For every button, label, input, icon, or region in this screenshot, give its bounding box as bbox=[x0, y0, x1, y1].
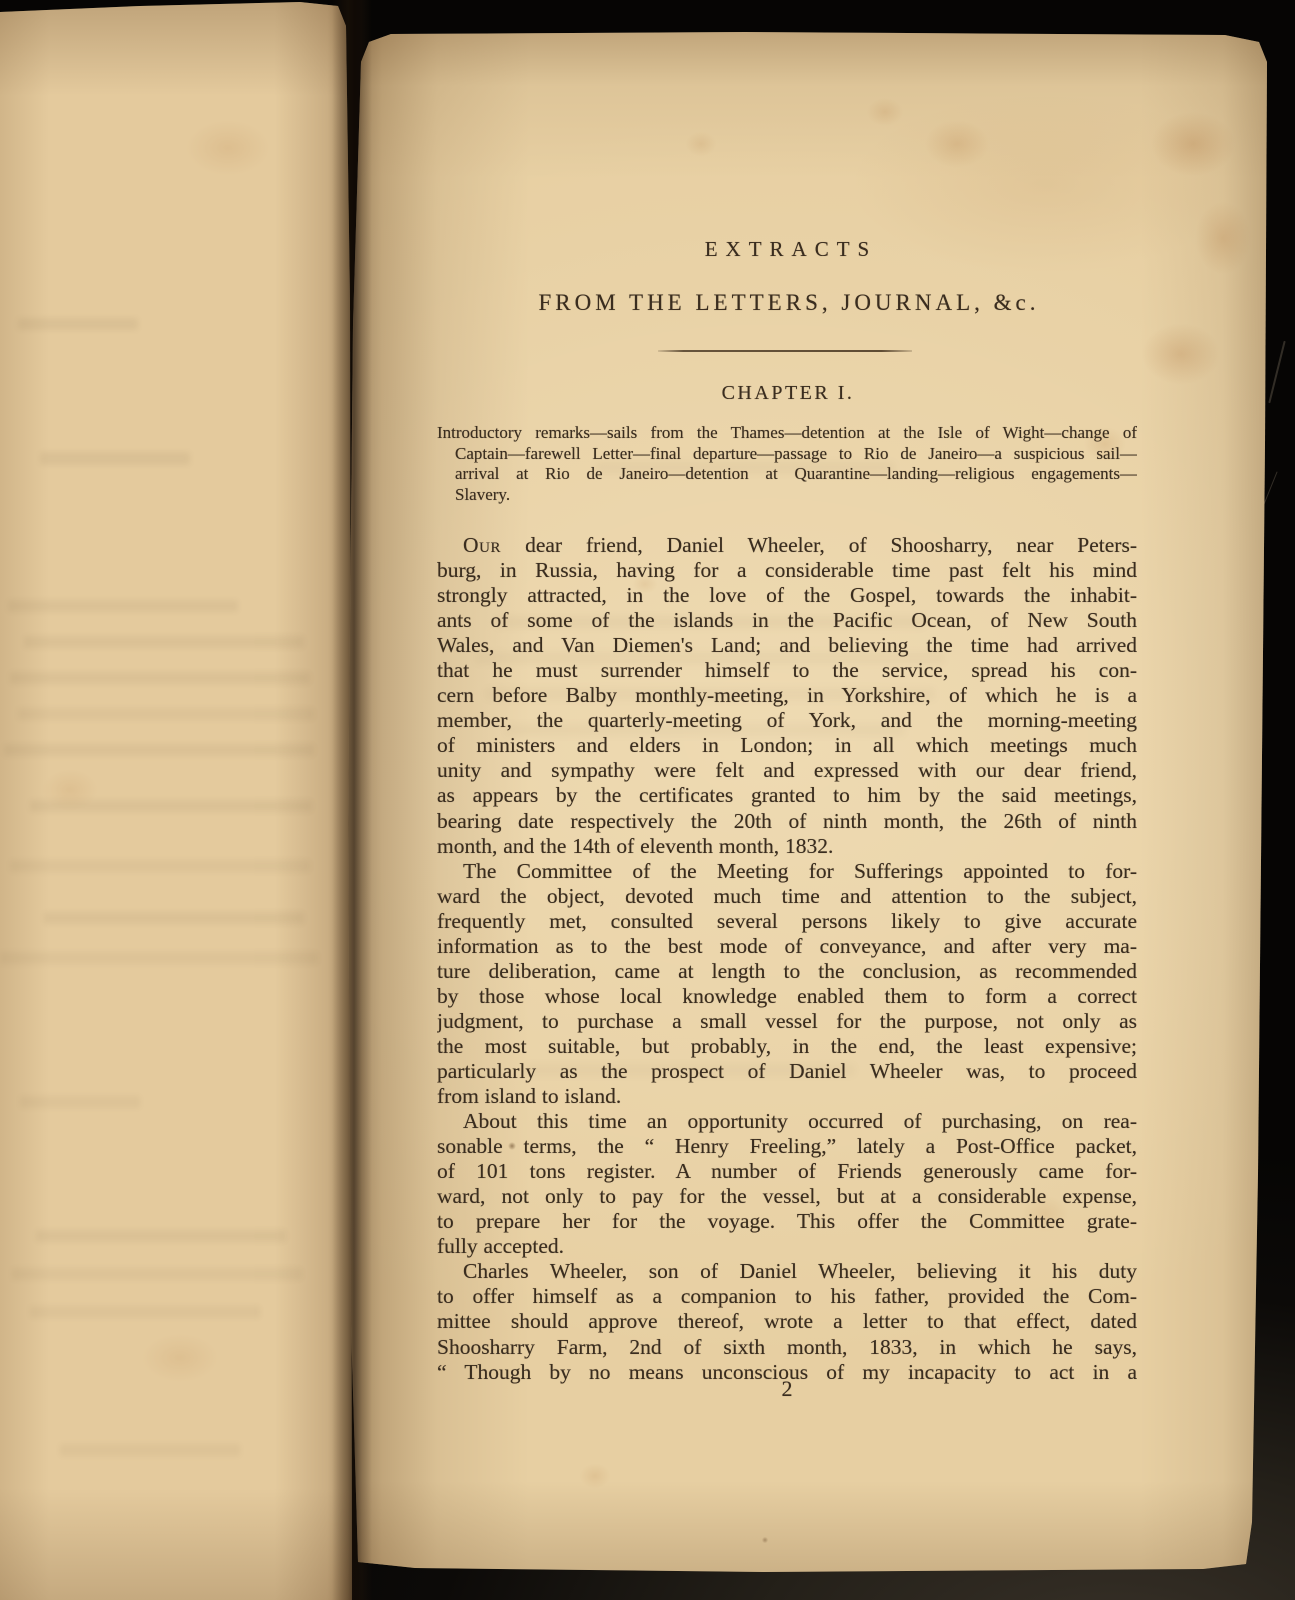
body-line: ward the object, devoted much time and a… bbox=[437, 884, 1137, 909]
show-through-text bbox=[36, 1230, 286, 1242]
body-line: mittee should approve thereof, wrote a l… bbox=[437, 1309, 1137, 1334]
left-page bbox=[0, 0, 352, 1600]
show-through-text bbox=[10, 860, 310, 872]
show-through-text bbox=[12, 1268, 302, 1280]
show-through-text bbox=[10, 672, 310, 684]
show-through-text bbox=[30, 1306, 260, 1318]
summary-line: Captain—farewell Letter—final departure—… bbox=[437, 444, 1137, 465]
right-page: EXTRACTS FROM THE LETTERS, JOURNAL, &c. … bbox=[345, 24, 1269, 1574]
body-line: from island to island. bbox=[437, 1084, 1137, 1109]
show-through-text bbox=[60, 1444, 240, 1456]
body-line: to prepare her for the voyage. This offe… bbox=[437, 1209, 1137, 1234]
body-line: ward, not only to pay for the vessel, bu… bbox=[437, 1184, 1137, 1209]
show-through-text bbox=[30, 800, 312, 812]
body-line: ture deliberation, came at length to the… bbox=[437, 959, 1137, 984]
body-line: Wales, and Van Diemen's Land; and believ… bbox=[437, 633, 1137, 658]
show-through-text bbox=[44, 912, 304, 924]
show-through-text bbox=[4, 744, 314, 756]
body-line: of 101 tons register. A number of Friend… bbox=[437, 1159, 1137, 1184]
body-line: that he must surrender himself to the se… bbox=[437, 658, 1137, 683]
body-line: ants of some of the islands in the Pacif… bbox=[437, 608, 1137, 633]
body-line: frequently met, consulted several person… bbox=[437, 909, 1137, 934]
show-through-text bbox=[0, 952, 318, 964]
body-line: particularly as the prospect of Daniel W… bbox=[437, 1059, 1137, 1084]
body-line: by those whose local knowledge enabled t… bbox=[437, 984, 1137, 1009]
body-line: bearing date respectively the 20th of ni… bbox=[437, 809, 1137, 834]
lead-word: Our bbox=[463, 533, 501, 557]
page-title: EXTRACTS bbox=[437, 237, 1137, 262]
chapter-summary: Introductory remarks—sails from the Tham… bbox=[437, 423, 1137, 505]
summary-line: arrival at Rio de Janeiro—detention at Q… bbox=[437, 464, 1137, 485]
body-line: The Committee of the Meeting for Sufferi… bbox=[437, 859, 1137, 884]
body-line: judgment, to purchase a small vessel for… bbox=[437, 1009, 1137, 1034]
chapter-heading: CHAPTER I. bbox=[437, 382, 1137, 405]
page-subtitle: FROM THE LETTERS, JOURNAL, &c. bbox=[437, 290, 1137, 316]
body-line: sonable terms, the “ Henry Freeling,” la… bbox=[437, 1134, 1137, 1159]
summary-line: Slavery. bbox=[437, 485, 1137, 506]
show-through-text bbox=[18, 708, 314, 720]
show-through-text bbox=[20, 1096, 140, 1108]
body-line: member, the quarterly-meeting of York, a… bbox=[437, 708, 1137, 733]
body-line: Shoosharry Farm, 2nd of sixth month, 183… bbox=[437, 1335, 1137, 1360]
body-line: of ministers and elders in London; in al… bbox=[437, 733, 1137, 758]
body-line: information as to the best mode of conve… bbox=[437, 934, 1137, 959]
show-through-text bbox=[24, 636, 304, 648]
body-line: as appears by the certificates granted t… bbox=[437, 783, 1137, 808]
body-line: the most suitable, but probably, in the … bbox=[437, 1034, 1137, 1059]
body-line: fully accepted. bbox=[437, 1234, 1137, 1259]
show-through-text bbox=[18, 318, 138, 330]
body-line: strongly attracted, in the love of the G… bbox=[437, 583, 1137, 608]
body-line: cern before Balby monthly-meeting, in Yo… bbox=[437, 683, 1137, 708]
body-line: month, and the 14th of eleventh month, 1… bbox=[437, 834, 1137, 859]
body-line: Our dear friend, Daniel Wheeler, of Shoo… bbox=[437, 533, 1137, 558]
body-line: unity and sympathy were felt and express… bbox=[437, 758, 1137, 783]
book-photo: EXTRACTS FROM THE LETTERS, JOURNAL, &c. … bbox=[0, 0, 1295, 1600]
body-line: to offer himself as a companion to his f… bbox=[437, 1284, 1137, 1309]
body-line: burg, in Russia, having for a considerab… bbox=[437, 558, 1137, 583]
show-through-text bbox=[40, 452, 190, 465]
body-text: Our dear friend, Daniel Wheeler, of Shoo… bbox=[437, 533, 1137, 1385]
show-through-text bbox=[8, 600, 238, 612]
summary-line: Introductory remarks—sails from the Tham… bbox=[437, 423, 1137, 444]
section-divider bbox=[658, 350, 912, 352]
page-number: 2 bbox=[437, 1376, 1137, 1402]
body-line: Charles Wheeler, son of Daniel Wheeler, … bbox=[437, 1259, 1137, 1284]
body-line: About this time an opportunity occurred … bbox=[437, 1109, 1137, 1134]
